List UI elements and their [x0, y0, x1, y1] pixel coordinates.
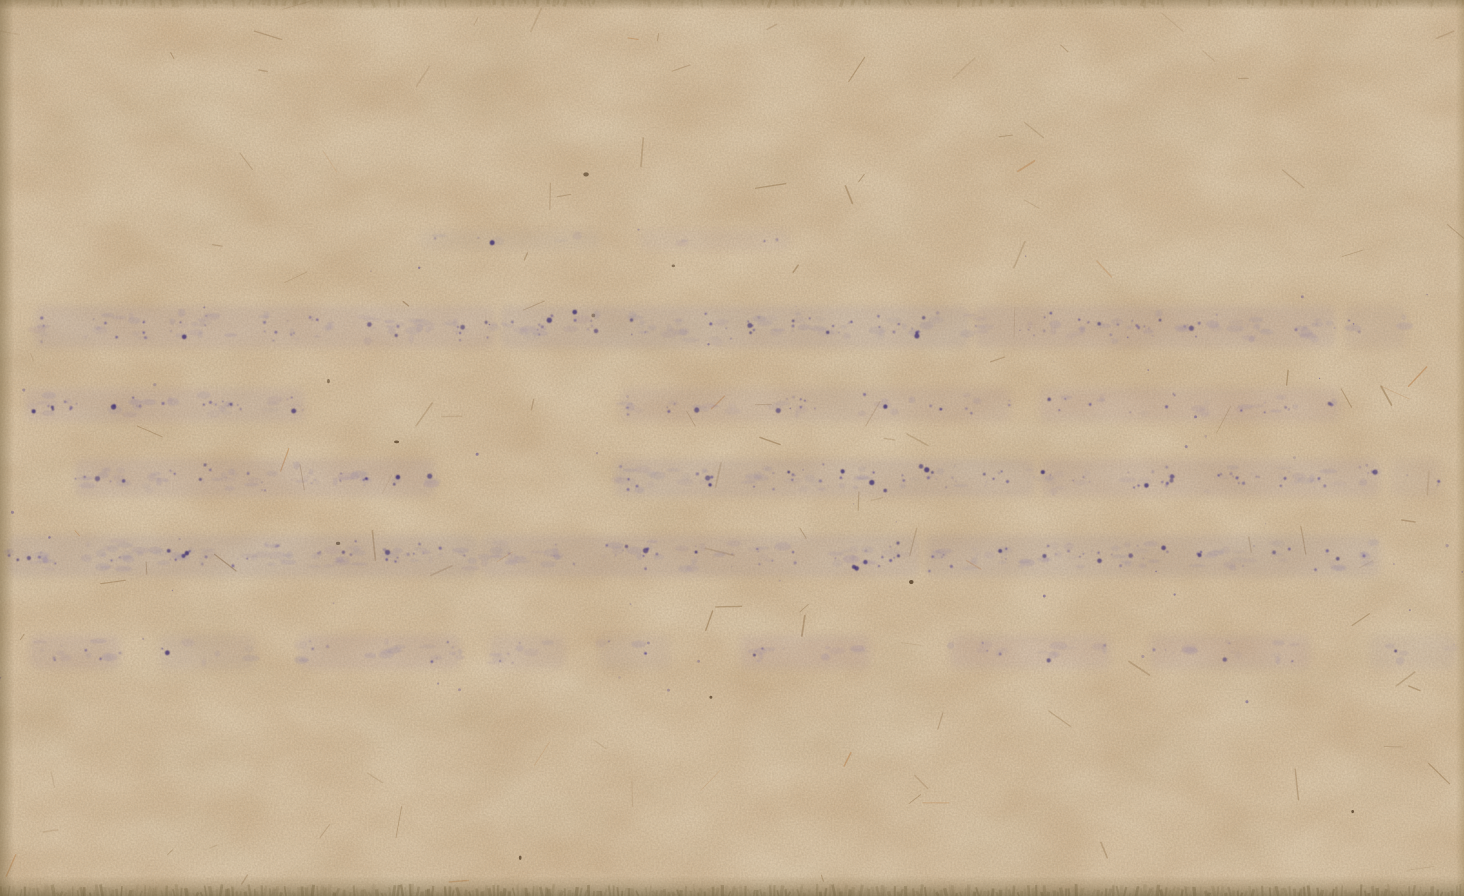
- paper-grain-dark: [0, 0, 1464, 896]
- scanned-document: [0, 0, 1464, 896]
- paper-scan-svg: [0, 0, 1464, 896]
- edge-shadow-right: [1456, 0, 1464, 896]
- edge-shadow-left: [0, 0, 14, 896]
- edge-shadow-top: [0, 0, 1464, 10]
- edge-shadow-bottom: [0, 876, 1464, 896]
